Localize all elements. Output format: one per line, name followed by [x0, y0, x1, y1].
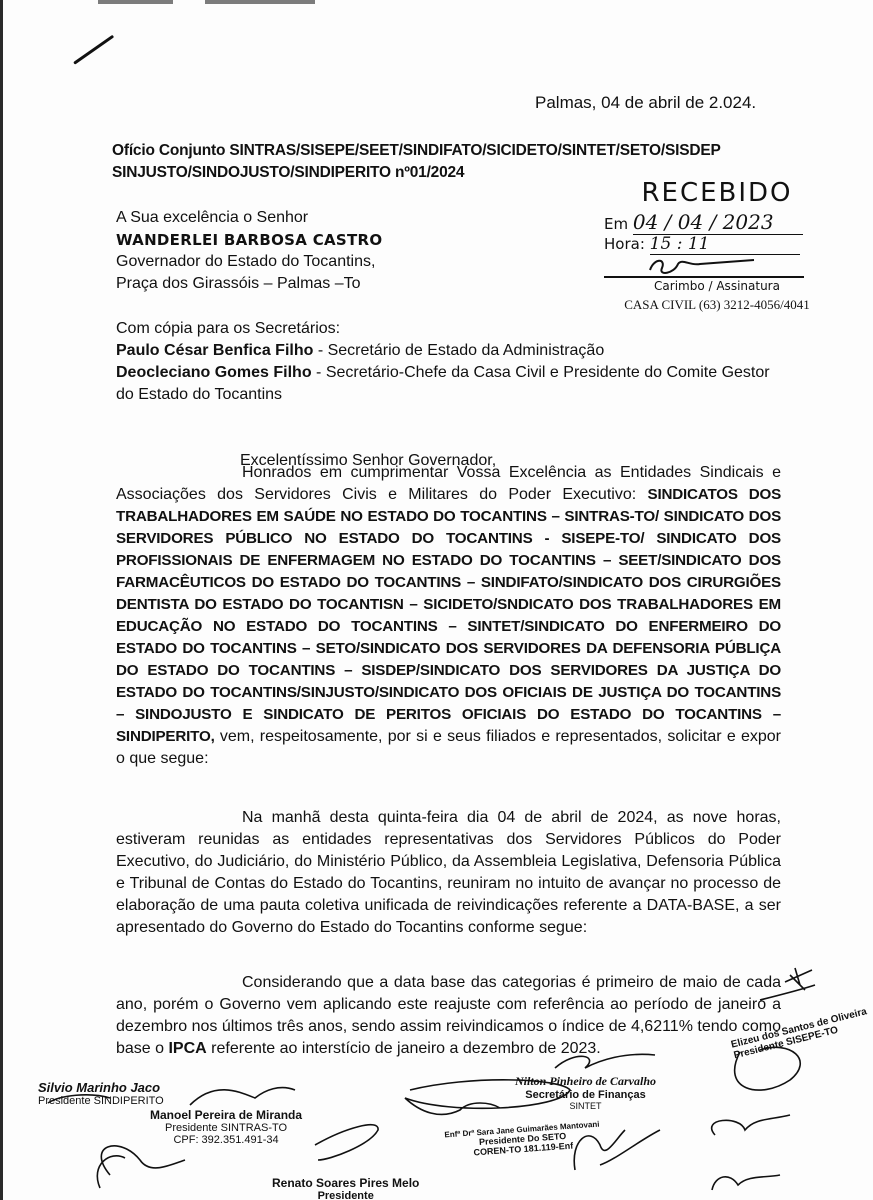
stamp-casa-civil: CASA CIVIL (63) 3212-4056/4041 [592, 297, 842, 313]
signatory-name: Renato Soares Pires Melo [272, 1176, 419, 1190]
stamp-date-label: Em [604, 215, 628, 233]
document-date: Palmas, 04 de abril de 2.024. [535, 93, 756, 113]
signature-sintras: Manoel Pereira de Miranda Presidente SIN… [150, 1108, 302, 1146]
addressee-greeting: A Sua excelência o Senhor [116, 207, 382, 229]
copy-label: Com cópia para os Secretários: [116, 318, 816, 340]
scanned-document-page: Palmas, 04 de abril de 2.024. Ofício Con… [0, 0, 873, 1200]
oficio-line-1: Ofício Conjunto SINTRAS/SISEPE/SEET/SIND… [112, 140, 721, 162]
copy-recipient-role: - Secretário de Estado da Administração [313, 342, 604, 359]
scan-edge [0, 0, 3, 1200]
stamp-signature-line [604, 262, 804, 278]
addressee-title: Governador do Estado do Tocantins, [116, 251, 382, 273]
pen-slash-mark [73, 35, 114, 65]
signature-sindiperito: Silvio Marinho Jaco Presidente SINDIPERI… [38, 1080, 164, 1107]
paragraph-claim: Considerando que a data base das categor… [116, 972, 781, 1060]
signatory-role: Presidente [272, 1190, 419, 1200]
ipca-label: IPCA [168, 1040, 206, 1057]
addressee-block: A Sua excelência o Senhor WANDERLEI BARB… [116, 207, 382, 295]
entities-list: SINDICATOS DOS TRABALHADORES EM SAÚDE NO… [116, 486, 781, 745]
paragraph-meeting-text: Na manhã desta quinta-feira dia 04 de ab… [116, 809, 781, 936]
stamp-caption: Carimbo / Assinatura [592, 279, 842, 293]
signatory-union: SINTET [515, 1101, 656, 1111]
signatory-name: Silvio Marinho Jaco [38, 1080, 164, 1095]
stamp-time-row: Hora: 15 : 11 [604, 234, 842, 256]
copy-recipient: Deocleciano Gomes Filho - Secretário-Che… [116, 362, 781, 406]
scan-smudge [205, 0, 315, 4]
copy-recipient: Paulo César Benfica Filho - Secretário d… [116, 340, 816, 362]
signature-sintet: Nilton Pinheiro de Carvalho Secretário d… [515, 1074, 656, 1111]
stamp-time-label: Hora: [604, 235, 645, 253]
paragraph-entities: Honrados em cumprimentar Vossa Excelênci… [116, 462, 781, 770]
paragraph-claim-end: referente ao interstício de janeiro a de… [207, 1040, 601, 1057]
stamp-title: RECEBIDO [592, 178, 842, 208]
signatory-cpf: CPF: 392.351.491-34 [150, 1134, 302, 1146]
copy-recipient-name: Paulo César Benfica Filho [116, 342, 313, 359]
stamp-date-value: 04 / 04 / 2023 [633, 210, 803, 235]
stamp-signature-scribble-icon [644, 256, 764, 278]
paragraph-meeting: Na manhã desta quinta-feira dia 04 de ab… [116, 807, 781, 939]
stamp-date-row: Em 04 / 04 / 2023 [604, 210, 842, 232]
scan-smudge [98, 0, 173, 4]
signatory-role: Secretário de Finanças [515, 1089, 656, 1101]
signatory-name: Manoel Pereira de Miranda [150, 1108, 302, 1122]
addressee-name: WANDERLEI BARBOSA CASTRO [116, 229, 382, 251]
paragraph-request: vem, respeitosamente, por si e seus fili… [116, 728, 781, 767]
copy-recipient-name: Deocleciano Gomes Filho [116, 364, 312, 381]
signatory-role: Presidente SINDIPERITO [38, 1095, 164, 1107]
signatory-role: Presidente SINTRAS-TO [150, 1122, 302, 1134]
signatory-name: Nilton Pinheiro de Carvalho [515, 1074, 656, 1089]
signature-seto: Enfª Drª Sara Jane Guimarães Mantovani P… [444, 1120, 601, 1160]
copy-recipients: Com cópia para os Secretários: Paulo Cés… [116, 318, 816, 406]
stamp-time-value: 15 : 11 [650, 234, 800, 255]
received-stamp: RECEBIDO Em 04 / 04 / 2023 Hora: 15 : 11… [592, 178, 842, 313]
signature-renato: Renato Soares Pires Melo Presidente [272, 1176, 419, 1200]
addressee-address: Praça dos Girassóis – Palmas –To [116, 273, 382, 295]
